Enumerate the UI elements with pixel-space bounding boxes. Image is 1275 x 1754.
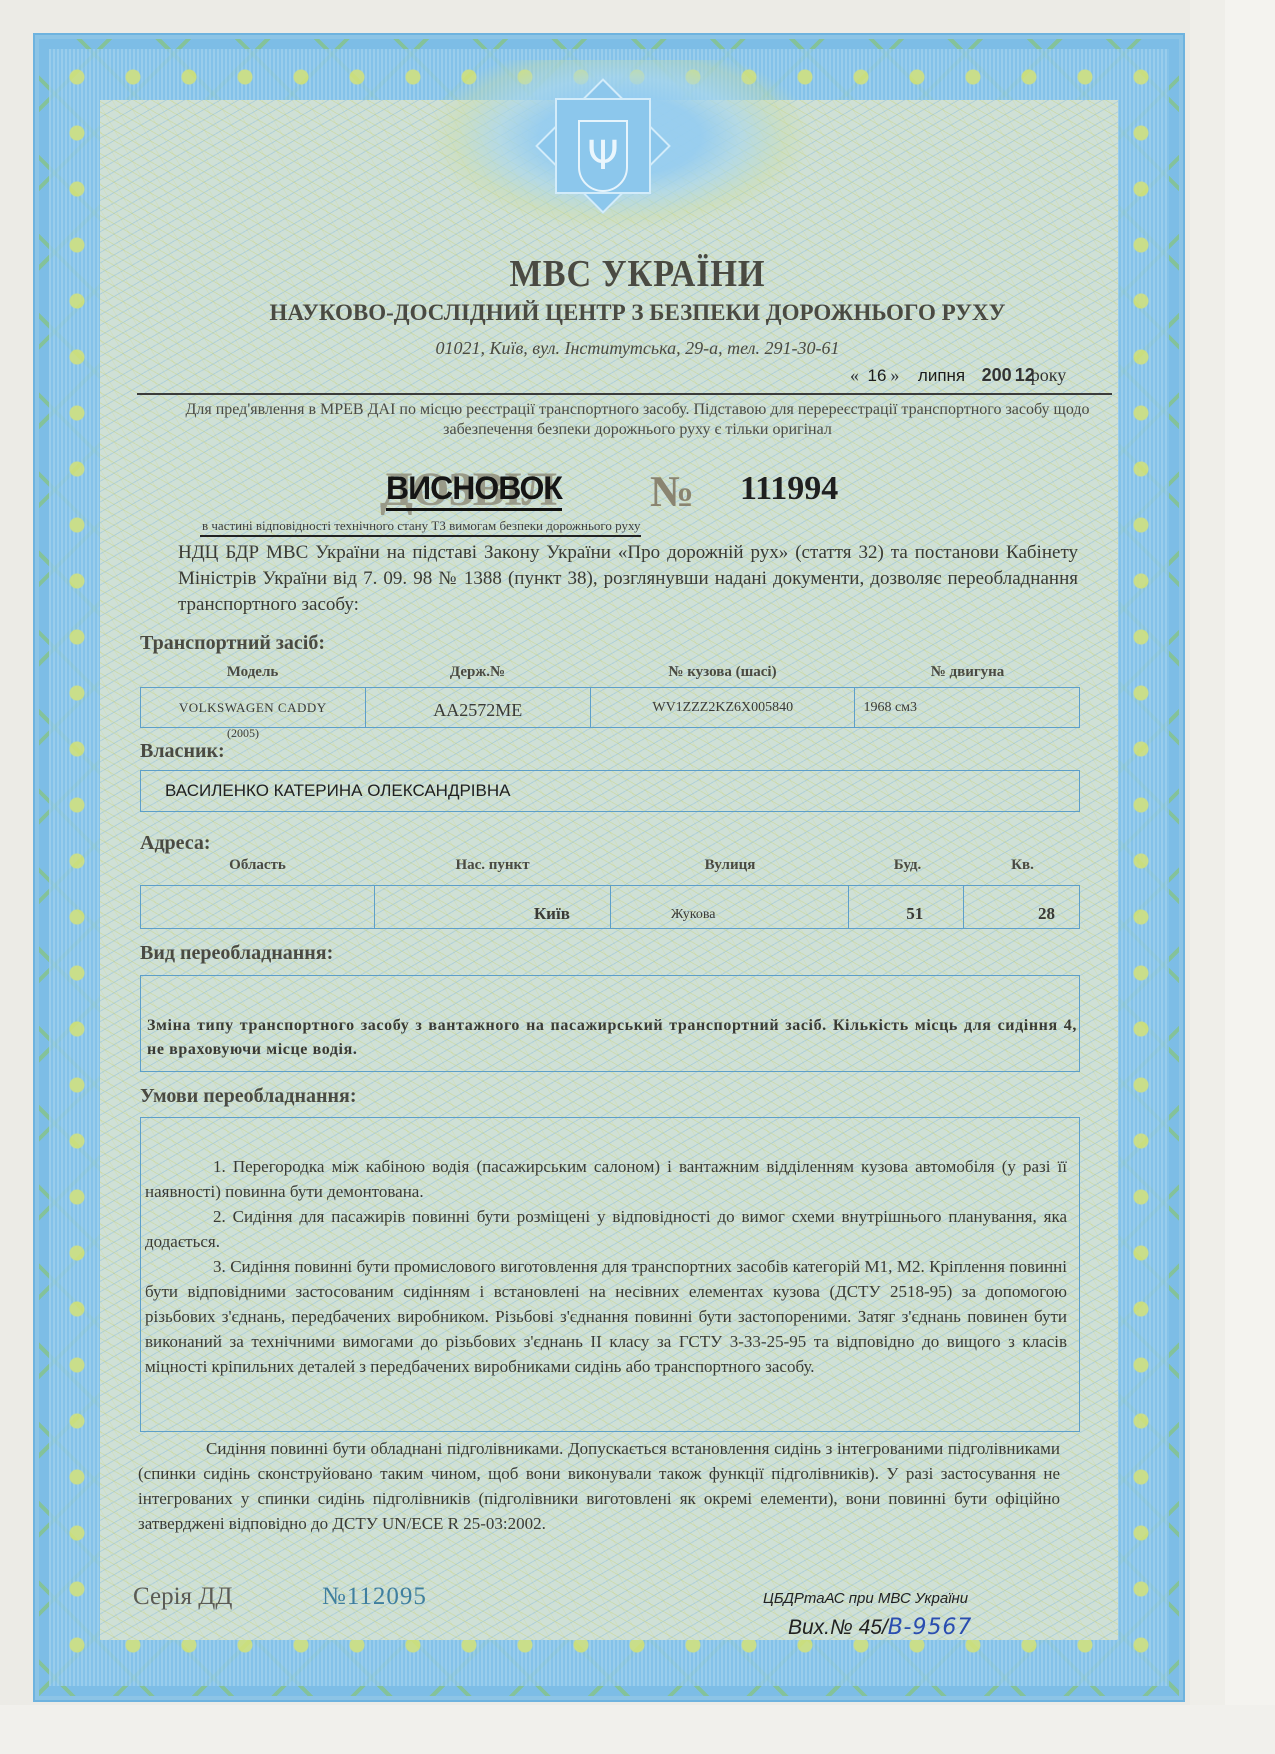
conversion-box: Зміна типу транспортного засобу з вантаж… (140, 975, 1080, 1072)
outgoing-prefix: Вих.№ 45/ (788, 1616, 888, 1639)
col-vin: № кузова (шасі) (590, 664, 855, 681)
issuer-name: ЦБДРтаАС при МВС України (763, 1590, 968, 1607)
conditions-list: 1. Перегородка між кабіною водія (пасажи… (145, 1154, 1067, 1379)
notice-text: Для пред'явлення в МРЕВ ДАІ по місцю реє… (0, 400, 1275, 440)
col-city: Нас. пункт (375, 857, 610, 874)
address-city: Київ (375, 886, 611, 928)
date-month: липня (918, 366, 965, 385)
intro-paragraph: НДЦ БДР МВС України на підставі Закону У… (138, 540, 1078, 618)
outgoing-number: Вих.№ 45/B-9567 (788, 1615, 972, 1640)
document-subtitle: в частині відповідності технічного стану… (200, 518, 641, 537)
paper-margin-fold (1225, 0, 1275, 1754)
owner-label: Власник: (140, 740, 225, 763)
condition-item-2: 2. Сидіння для пасажирів повинні бути ро… (145, 1204, 1067, 1254)
date-year-prefix: 200 (982, 365, 1012, 385)
document-number: 111994 (740, 470, 838, 508)
vehicle-plate: AA2572ME (366, 688, 592, 727)
owner-box: ВАСИЛЕНКО КАТЕРИНА ОЛЕКСАНДРІВНА (140, 770, 1080, 812)
condition-item-1: 1. Перегородка між кабіною водія (пасажи… (145, 1154, 1067, 1204)
conditions-box: 1. Перегородка між кабіною водія (пасажи… (140, 1117, 1080, 1432)
header-divider (137, 393, 1112, 395)
paper-fold (0, 1705, 1275, 1754)
address-building: 51 (849, 886, 964, 928)
date-open-quote: « (850, 365, 859, 385)
address-table: Київ Жукова 51 28 (140, 885, 1080, 929)
col-street: Вулиця (610, 857, 850, 874)
address-label: Адреса: (140, 832, 211, 855)
trident-coat-of-arms-icon: Ψ (578, 120, 628, 192)
notice-body: Для пред'явлення в МРЕВ ДАІ по місцю реє… (178, 400, 1098, 440)
vehicle-model: VOLKSWAGEN CADDY (141, 688, 366, 727)
date-close-quote: » (890, 365, 899, 385)
owner-name: ВАСИЛЕНКО КАТЕРИНА ОЛЕКСАНДРІВНА (165, 781, 511, 801)
intro-text: НДЦ БДР МВС України на підставі Закону У… (138, 540, 1078, 618)
vehicle-engine: 1968 см3 (855, 688, 1079, 727)
form-series: Серія ДД (133, 1583, 232, 1611)
ministry-title: МВС УКРАЇНИ (64, 252, 1212, 296)
center-address: 01021, Київ, вул. Інститутська, 29-а, те… (0, 338, 1275, 359)
vehicle-label: Транспортний засіб: (140, 632, 325, 655)
address-region (141, 886, 375, 928)
conversion-label: Вид переобладнання: (140, 942, 333, 965)
col-engine: № двигуна (855, 664, 1080, 681)
vehicle-model-year: (2005) (227, 726, 259, 741)
address-street: Жукова (611, 886, 850, 928)
document-title: ВИСНОВОК (386, 470, 562, 511)
conversion-text: Зміна типу транспортного засобу з вантаж… (147, 1014, 1077, 1062)
vehicle-vin: WV1ZZZ2KZ6X005840 (591, 688, 855, 727)
center-title: НАУКОВО-ДОСЛІДНИЙ ЦЕНТР З БЕЗПЕКИ ДОРОЖН… (0, 300, 1275, 326)
col-model: Модель (140, 664, 365, 681)
condition-item-3: 3. Сидіння повинні бути промислового виг… (145, 1254, 1067, 1379)
address-apartment: 28 (964, 886, 1079, 928)
col-building: Буд. (850, 857, 965, 874)
form-serial-number: №112095 (322, 1583, 427, 1611)
conditions-label: Умови переобладнання: (140, 1085, 357, 1108)
col-plate: Держ.№ (365, 664, 590, 681)
date-day: 16 (868, 366, 887, 385)
date-year-suffix: року (1031, 365, 1067, 385)
col-apartment: Кв. (965, 857, 1080, 874)
vehicle-table: VOLKSWAGEN CADDY AA2572ME WV1ZZZ2KZ6X005… (140, 687, 1080, 728)
headrest-conditions: Сидіння повинні бути обладнані підголівн… (138, 1436, 1060, 1536)
outgoing-handwritten: B-9567 (888, 1615, 973, 1640)
col-region: Область (140, 857, 375, 874)
issue-date: « 16» липня 20012року (850, 365, 1066, 386)
number-sign: № (650, 466, 694, 517)
